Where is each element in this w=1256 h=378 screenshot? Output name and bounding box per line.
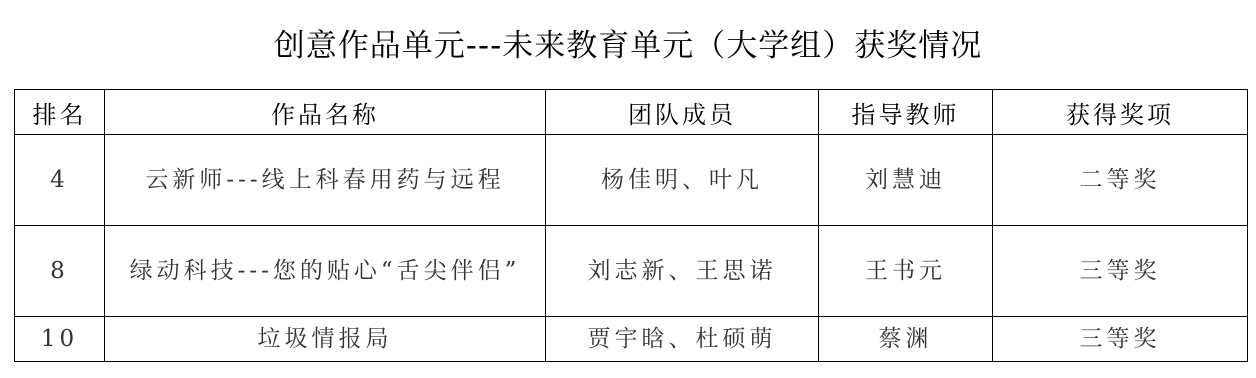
cell-award: 三等奖 [993, 226, 1248, 317]
cell-advisor: 蔡渊 [819, 317, 993, 362]
cell-work-name: 绿动科技---您的贴心“舌尖伴侣” [105, 226, 546, 317]
cell-rank: 4 [15, 135, 105, 226]
awards-table: 排名 作品名称 团队成员 指导教师 获得奖项 4 云新师---线上科春用药与远程… [14, 89, 1248, 362]
table-header-row: 排名 作品名称 团队成员 指导教师 获得奖项 [15, 90, 1248, 135]
cell-rank: 8 [15, 226, 105, 317]
cell-work-name: 垃圾情报局 [105, 317, 546, 362]
cell-team-members: 杨佳明、叶凡 [546, 135, 819, 226]
header-advisor: 指导教师 [819, 90, 993, 135]
cell-award: 二等奖 [993, 135, 1248, 226]
cell-rank: 10 [15, 317, 105, 362]
cell-advisor: 刘慧迪 [819, 135, 993, 226]
header-team-members: 团队成员 [546, 90, 819, 135]
cell-award: 三等奖 [993, 317, 1248, 362]
header-award: 获得奖项 [993, 90, 1248, 135]
page-title: 创意作品单元---未来教育单元（大学组）获奖情况 [0, 26, 1256, 66]
cell-work-name: 云新师---线上科春用药与远程 [105, 135, 546, 226]
table-row: 4 云新师---线上科春用药与远程 杨佳明、叶凡 刘慧迪 二等奖 [15, 135, 1248, 226]
cell-advisor: 王书元 [819, 226, 993, 317]
header-work-name: 作品名称 [105, 90, 546, 135]
header-rank: 排名 [15, 90, 105, 135]
table-row: 8 绿动科技---您的贴心“舌尖伴侣” 刘志新、王思诺 王书元 三等奖 [15, 226, 1248, 317]
cell-team-members: 刘志新、王思诺 [546, 226, 819, 317]
cell-team-members: 贾宇晗、杜硕萌 [546, 317, 819, 362]
table-row: 10 垃圾情报局 贾宇晗、杜硕萌 蔡渊 三等奖 [15, 317, 1248, 362]
